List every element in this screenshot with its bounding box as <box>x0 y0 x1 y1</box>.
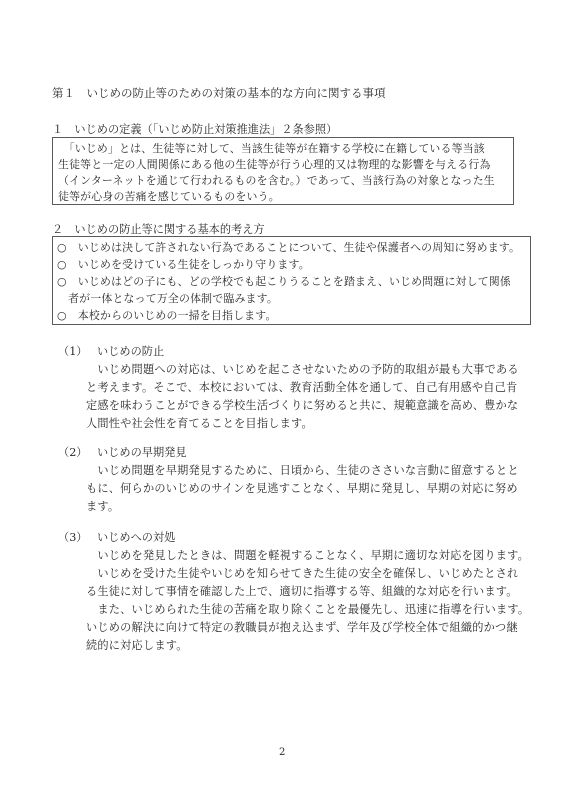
subsection3-number: （3） <box>58 529 88 545</box>
body-line: いじめの解決に向けて特定の教職員が抱え込まず、学年及び学校全体で組織的かつ継 <box>86 619 518 635</box>
body-line: ます。 <box>86 498 119 514</box>
definition-box: 「いじめ」とは、生徒等に対して、当該生徒等が在籍する学校に在籍している等当該 生… <box>52 137 514 205</box>
body-line: もに、何らかのいじめのサインを見逃すことなく、早期に発見し、早期の対応に努め <box>86 480 518 496</box>
principles-box: ○ いじめは決して許されない行為であることについて、生徒や保護者への周知に努めま… <box>52 236 531 325</box>
chapter-title: 第１ いじめの防止等のための対策の基本的な方向に関する事項 <box>52 85 386 101</box>
principle-item: ○ いじめはどの子にも、どの学校でも起こりうることを踏まえ、いじめ問題に対して関… <box>57 273 511 289</box>
section1-heading: １ いじめの定義（「いじめ防止対策推進法」２条参照） <box>52 121 337 137</box>
definition-line: 「いじめ」とは、生徒等に対して、当該生徒等が在籍する学校に在籍している等当該 <box>58 140 485 156</box>
body-line: 続的に対応します。 <box>86 637 188 653</box>
body-line: いじめを受けた生徒やいじめを知らせてきた生徒の安全を確保し、いじめたとされ <box>86 565 518 581</box>
subsection2-number: （2） <box>58 444 88 460</box>
subsection3-title: いじめへの対処 <box>97 529 175 545</box>
subsection1-title: いじめの防止 <box>97 343 164 359</box>
section2-heading: ２ いじめの防止等に関する基本的考え方 <box>52 221 265 237</box>
body-line: と考えます。そこで、本校においては、教育活動全体を通して、自己有用感や自己肯 <box>86 379 517 395</box>
principle-item-continuation: 者が一体となって万全の体制で臨みます。 <box>57 290 278 306</box>
body-line: 人間性や社会性を育てることを目指します。 <box>86 415 313 431</box>
principle-item: ○ いじめは決して許されない行為であることについて、生徒や保護者への周知に努めま… <box>57 239 520 255</box>
body-line: 定感を味わうことができる学校生活づくりに努めると共に、規範意識を高め、豊かな <box>86 397 518 413</box>
body-line: いじめを発見したときは、問題を軽視することなく、早期に適切な対応を図ります。 <box>86 547 529 563</box>
body-line: また、いじめられた生徒の苦痛を取り除くことを最優先し、迅速に指導を行います。 <box>86 601 529 617</box>
principle-item: ○ いじめを受けている生徒をしっかり守ります。 <box>57 256 310 272</box>
page-number: 2 <box>279 747 285 758</box>
body-line: いじめ問題を早期発見するために、日頃から、生徒のささいな言動に留意するとと <box>86 462 519 478</box>
definition-line: （インターネットを通じて行われるものを含む。）であって、当該行為の対象となった生 <box>58 172 495 188</box>
definition-line: 生徒等と一定の人間関係にある他の生徒等が行う心理的又は物理的な影響を与える行為 <box>58 156 491 172</box>
definition-line: 徒等が心身の苦痛を感じているものをいう。 <box>58 188 280 204</box>
body-line: いじめ問題への対応は、いじめを起こさせないための予防的取組が最も大事である <box>86 361 519 377</box>
subsection1-number: （1） <box>58 343 88 359</box>
body-line: る生徒に対して事情を確認した上で、適切に指導する等、組織的な対応を行います。 <box>86 583 518 599</box>
principle-item: ○ 本校からのいじめの一掃を目指します。 <box>57 307 277 323</box>
subsection2-title: いじめの早期発見 <box>97 444 187 460</box>
